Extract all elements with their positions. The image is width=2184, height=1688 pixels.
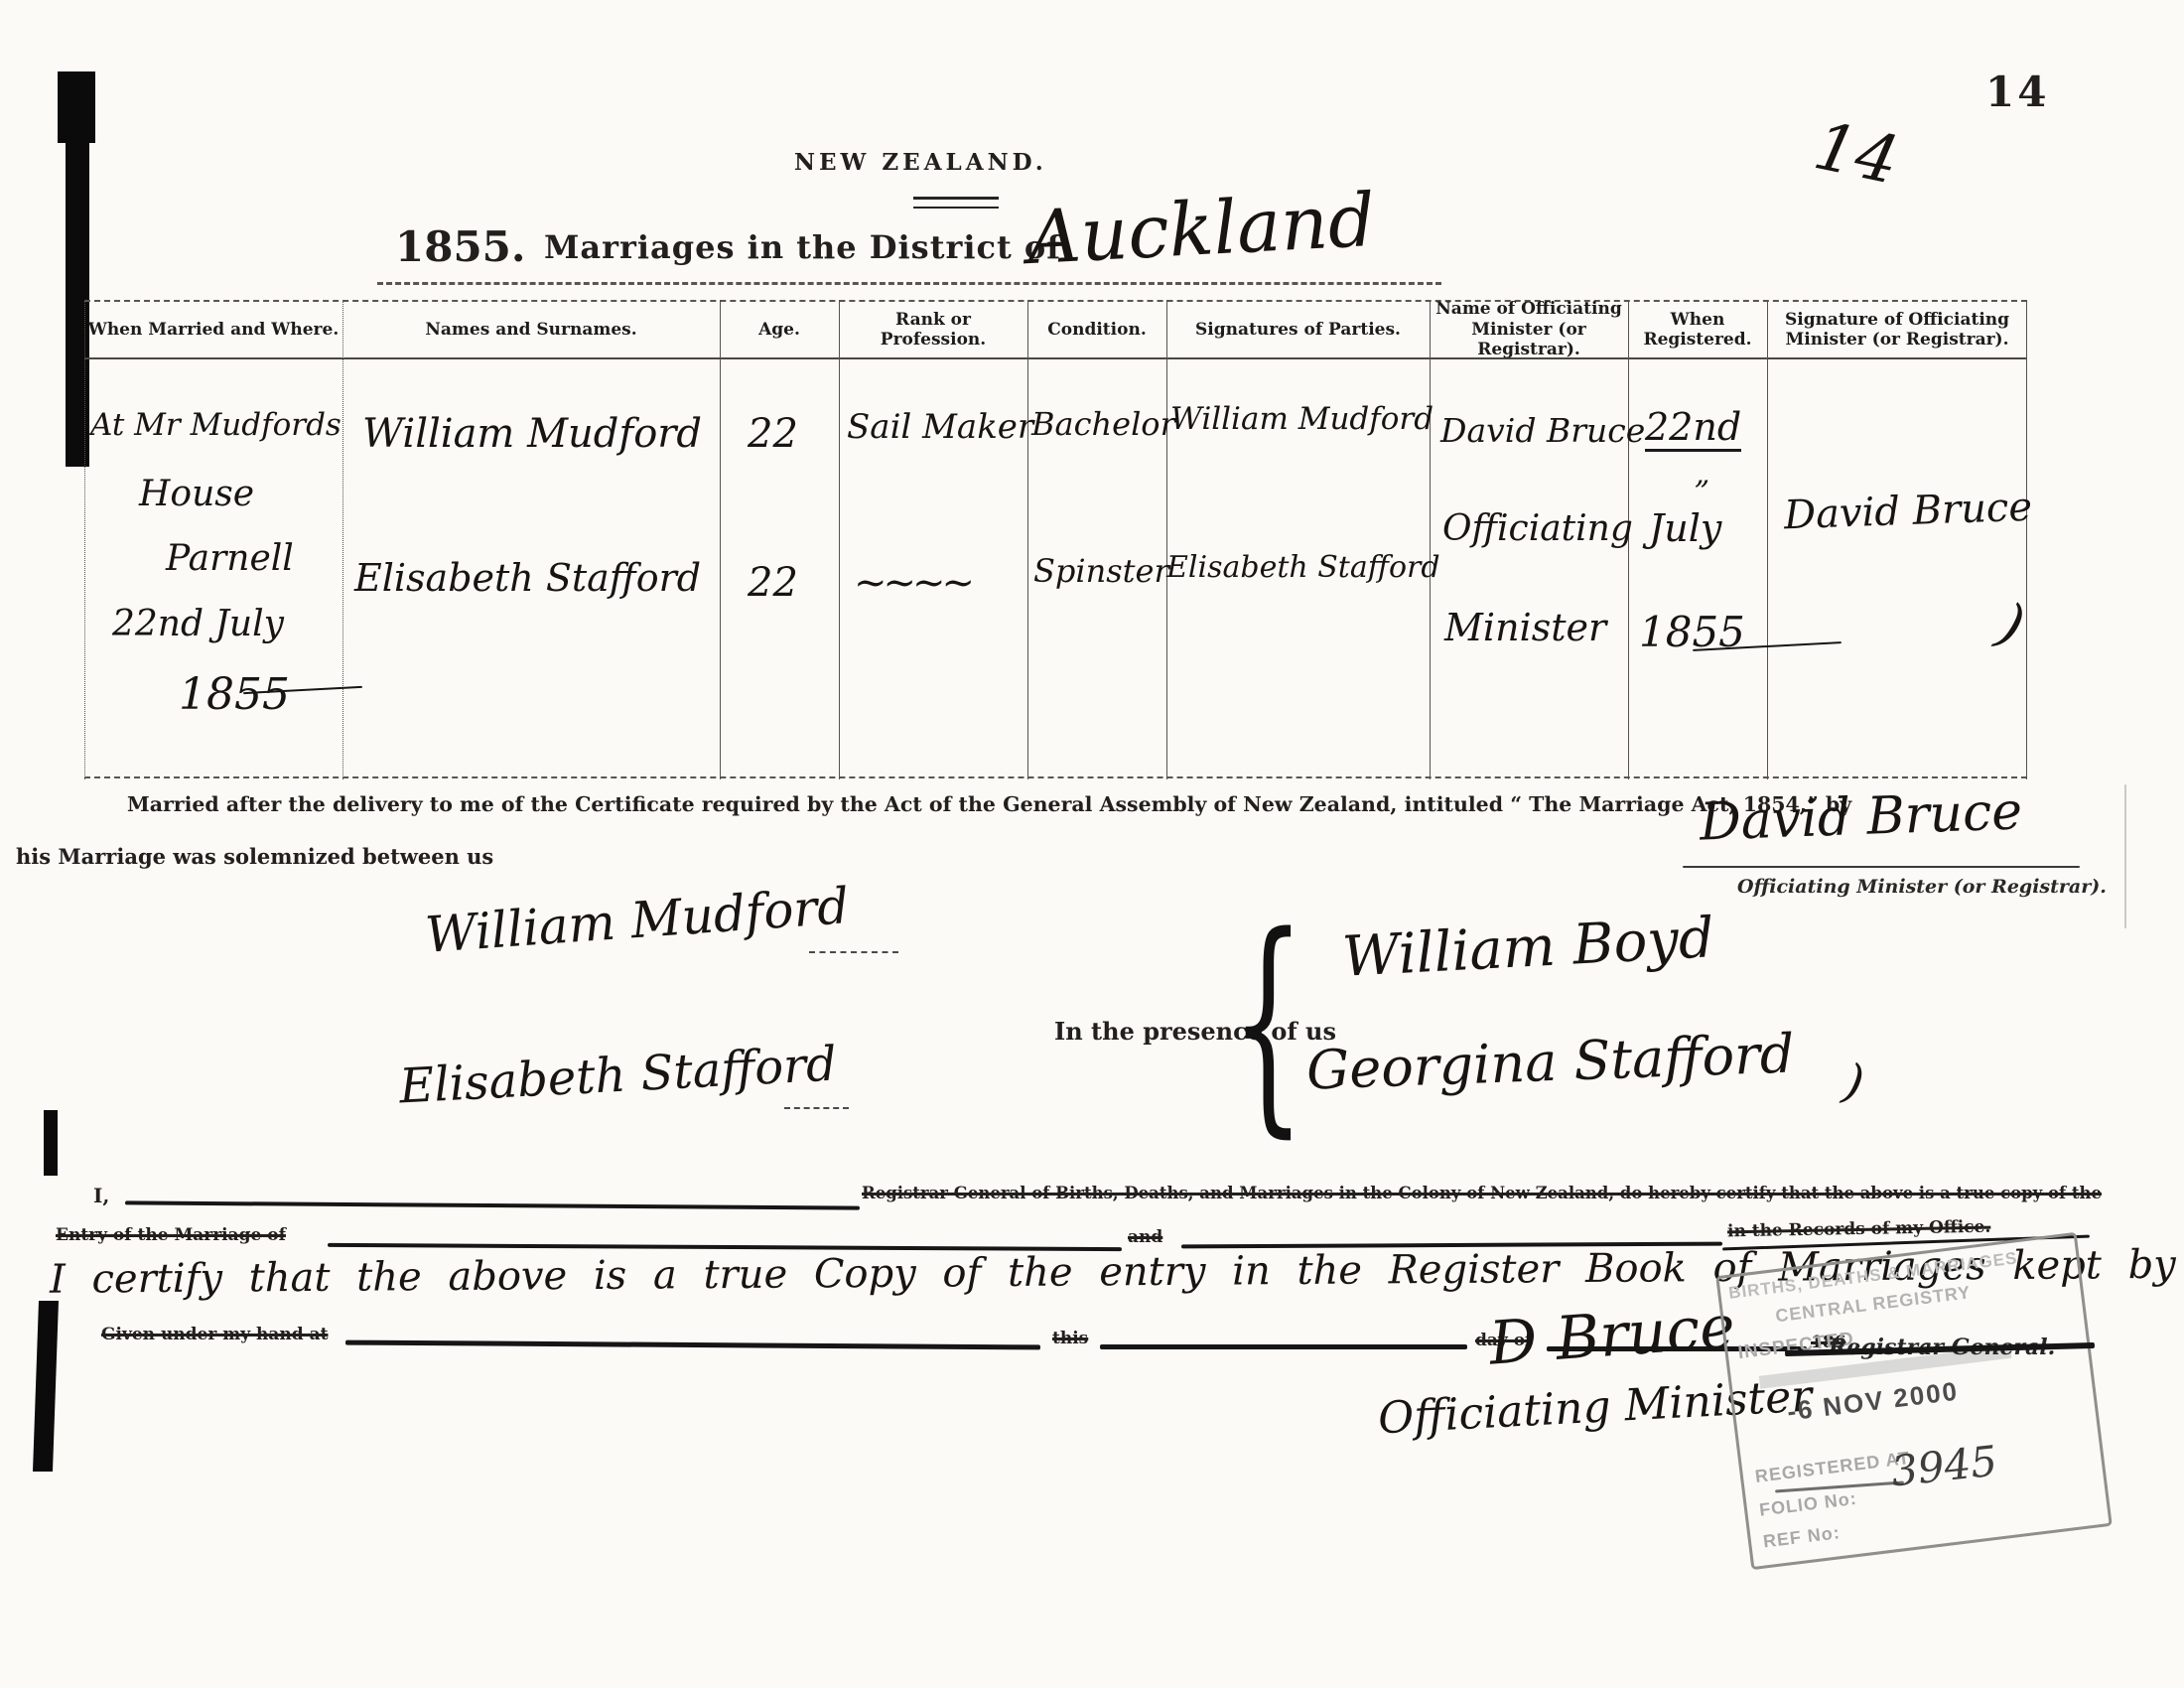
col-header-rank: Rank or Profession.: [841, 306, 1025, 353]
country-header: NEW ZEALAND.: [794, 149, 1047, 176]
cell-registered-day: 22nd: [1645, 405, 1741, 452]
stamp-folio-no: FOLIO No:: [1758, 1488, 1858, 1521]
marriage-certificate-document: 14 14 NEW ZEALAND. 1855. Marriages in th…: [0, 0, 2184, 1688]
col-header-when-registered: When Registered.: [1630, 306, 1765, 353]
signature-trail: [784, 1107, 849, 1109]
cell-minister-line: Officiating: [1442, 508, 1633, 549]
table-vline: [720, 300, 721, 779]
strike-line: [125, 1200, 860, 1209]
ditto-mark: „: [1695, 457, 1710, 492]
entry-line-and: and: [1128, 1227, 1162, 1247]
handwritten-page-number: 14: [1808, 107, 1905, 200]
table-vline: [1027, 300, 1028, 779]
cell-bride-signature: Elisabeth Stafford: [1166, 550, 1440, 585]
strike-line: [345, 1340, 1040, 1350]
bride-signature: Elisabeth Stafford: [398, 1036, 838, 1114]
title-year: 1855.: [395, 222, 526, 271]
cell-where-line: 22nd July: [112, 604, 284, 644]
col-header-age: Age.: [722, 306, 837, 353]
cell-bride-name: Elisabeth Stafford: [354, 556, 701, 600]
table-vline: [1430, 300, 1431, 779]
minister-signature-declaration: David Bruce: [1699, 781, 2023, 852]
col-header-when-married: When Married and Where.: [86, 306, 341, 353]
witness-brace: {: [1231, 906, 1305, 1139]
cell-minister-signature: David Bruce: [1783, 485, 2032, 539]
cell-groom-rank: Sail Maker: [847, 407, 1033, 447]
cell-bride-rank-mark: ~~~~: [854, 560, 971, 606]
printed-page-number: 14: [1985, 68, 2049, 116]
signature-underline: [1683, 866, 2080, 868]
certificate-statement: Married after the delivery to me of the …: [127, 792, 1851, 816]
entry-line-end: in the Records of my Office.: [1727, 1217, 1991, 1242]
table-vline: [2026, 300, 2027, 779]
cell-minister-line: David Bruce: [1440, 411, 1645, 450]
cell-bride-condition: Spinster: [1033, 552, 1169, 590]
certifying-signature: D Bruce: [1487, 1292, 1737, 1378]
col-header-minister-signature: Signature of Officiating Minister (or Re…: [1769, 306, 2025, 353]
registrar-line-struck: Registrar General of Births, Deaths, and…: [862, 1184, 2102, 1202]
groom-signature: William Mudford: [423, 877, 851, 964]
col-header-signatures: Signatures of Parties.: [1168, 306, 1428, 353]
solemnized-statement: his Marriage was solemnized between us: [16, 844, 493, 869]
table-vline: [839, 300, 840, 779]
cell-where-line: Parnell: [166, 538, 294, 579]
cell-groom-condition: Bachelor: [1031, 405, 1175, 443]
col-header-condition: Condition.: [1029, 306, 1164, 353]
table-vline: [342, 300, 343, 779]
registrar-line-start: I,: [93, 1184, 109, 1207]
entry-line-start: Entry of the Marriage of: [56, 1225, 286, 1245]
scan-artifact-bottom-left: [33, 1301, 59, 1472]
cell-groom-name: William Mudford: [362, 411, 702, 457]
cell-registered-month: July: [1649, 506, 1721, 550]
cell-where-line: House: [139, 474, 254, 514]
stamp-ref-no: REF No:: [1762, 1522, 1842, 1552]
this-label: this: [1052, 1329, 1088, 1348]
col-header-minister: Name of Officiating Minister (or Registr…: [1432, 306, 1626, 353]
flourish-mark: ): [1839, 1054, 1868, 1112]
cell-groom-signature: William Mudford: [1170, 401, 1433, 437]
cell-groom-age: 22: [748, 411, 798, 457]
table-header-separator: [84, 357, 2027, 359]
given-label: Given under my hand at: [101, 1325, 328, 1344]
title-text: Marriages in the District of: [544, 228, 1061, 266]
register-table: When Married and Where. Names and Surnam…: [84, 300, 2027, 779]
cell-where-line: At Mr Mudfords: [90, 407, 341, 443]
scan-artifact-left-mid: [44, 1110, 58, 1176]
table-bottom-border: [84, 776, 2027, 778]
district-handwritten: Auckland: [1025, 178, 1377, 281]
scan-artifact-right-line: [2124, 784, 2126, 928]
cell-bride-age: 22: [748, 560, 798, 606]
decorative-rule: [913, 197, 999, 209]
minister-caption: Officiating Minister (or Registrar).: [1737, 876, 2107, 898]
title-underline: [377, 282, 1441, 285]
col-header-names: Names and Surnames.: [344, 306, 718, 353]
strike-line: [1100, 1344, 1467, 1349]
cell-where-line: 1855: [179, 669, 290, 720]
stamp-date: -6 NOV 2000: [1786, 1376, 1961, 1428]
table-top-border: [84, 300, 2027, 302]
witness-signature-1: William Boyd: [1341, 906, 1716, 990]
signature-trail: [809, 951, 898, 953]
table-vline: [1767, 300, 1768, 779]
witness-signature-2: Georgina Stafford: [1305, 1022, 1795, 1101]
table-vline: [84, 300, 85, 779]
table-vline: [1166, 300, 1167, 779]
registry-stamp: BIRTHS, DEATHS & MARRIAGES CENTRAL REGIS…: [1715, 1232, 2113, 1570]
cell-minister-line: Minister: [1444, 606, 1606, 649]
